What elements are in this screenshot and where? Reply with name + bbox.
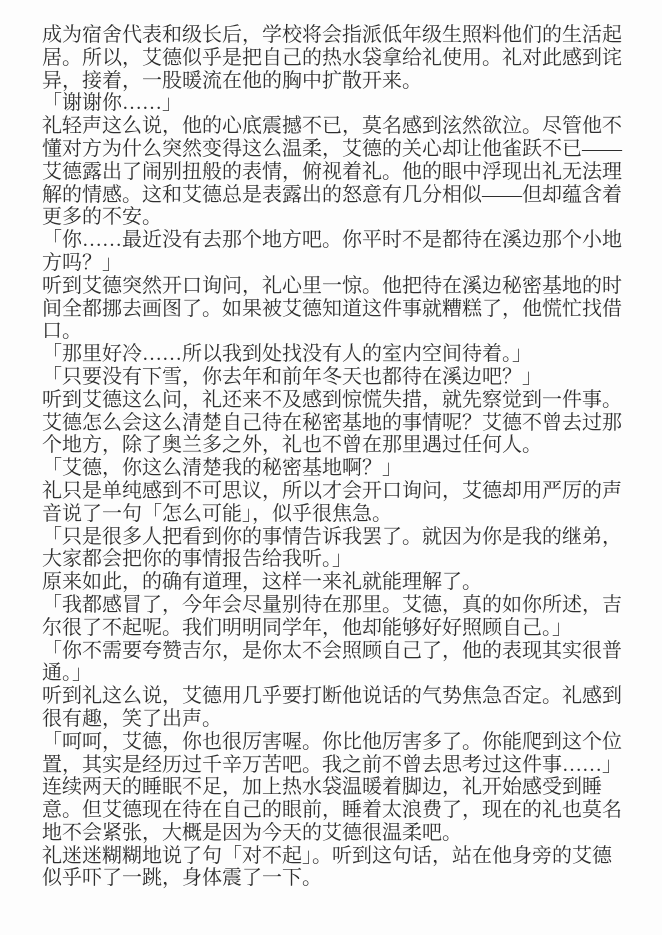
text-line: 连续两天的睡眠不足，加上热水袋温暖着脚边，礼开始感受到睡 <box>42 776 624 799</box>
text-line: 「我都感冒了，今年会尽量别待在那里。艾德，真的如你所述，吉 <box>42 594 624 617</box>
text-line: 很有趣，笑了出声。 <box>42 708 624 731</box>
text-line: 「只要没有下雪，你去年和前年冬天也都待在溪边吧？」 <box>42 366 624 389</box>
text-line: 「只是很多人把看到你的事情告诉我罢了。就因为你是我的继弟， <box>42 526 624 549</box>
text-line: 礼迷迷糊糊地说了句「对不起」。听到这句话，站在他身旁的艾德 <box>42 845 624 868</box>
text-line: 听到艾德这么问，礼还来不及感到惊慌失措，就先察觉到一件事。 <box>42 389 624 412</box>
text-line: 原来如此，的确有道理，这样一来礼就能理解了。 <box>42 571 624 594</box>
text-line: 听到艾德突然开口询问，礼心里一惊。他把待在溪边秘密基地的时 <box>42 275 624 298</box>
text-line: 似乎吓了一跳，身体震了一下。 <box>42 867 624 890</box>
text-line: 礼只是单纯感到不可思议，所以才会开口询问，艾德却用严厉的声 <box>42 480 624 503</box>
text-line: 居。所以，艾德似乎是把自己的热水袋拿给礼使用。礼对此感到诧 <box>42 47 624 70</box>
text-line: 艾德怎么会这么清楚自己待在秘密基地的事情呢？艾德不曾去过那 <box>42 412 624 435</box>
text-line: 「你不需要夸赞吉尔，是你太不会照顾自己了，他的表现其实很普 <box>42 640 624 663</box>
text-line: 「谢谢你……」 <box>42 92 624 115</box>
text-line: 更多的不安。 <box>42 206 624 229</box>
text-line: 音说了一句「怎么可能」，似乎很焦急。 <box>42 503 624 526</box>
text-line: 艾德露出了闹别扭般的表情，俯视着礼。他的眼中浮现出礼无法理 <box>42 161 624 184</box>
text-line: 方吗？」 <box>42 252 624 275</box>
text-line: 间全都挪去画图了。如果被艾德知道这件事就糟糕了，他慌忙找借 <box>42 298 624 321</box>
text-line: 礼轻声这么说，他的心底震撼不已，莫名感到泫然欲泣。尽管他不 <box>42 115 624 138</box>
book-page: 成为宿舍代表和级长后，学校将会指派低年级生照料他们的生活起 居。所以，艾德似乎是… <box>0 0 662 935</box>
text-line: 「那里好冷……所以我到处找没有人的室内空间待着。」 <box>42 343 624 366</box>
text-line: 地不会紧张，大概是因为今天的艾德很温柔吧。 <box>42 822 624 845</box>
text-line: 「呵呵，艾德，你也很厉害喔。你比他厉害多了。你能爬到这个位 <box>42 731 624 754</box>
text-line: 大家都会把你的事情报告给我听。」 <box>42 548 624 571</box>
text-line: 「艾德，你这么清楚我的秘密基地啊？」 <box>42 457 624 480</box>
text-line: 成为宿舍代表和级长后，学校将会指派低年级生照料他们的生活起 <box>42 24 624 47</box>
text-line: 口。 <box>42 320 624 343</box>
text-line: 异，接着，一股暖流在他的胸中扩散开来。 <box>42 70 624 93</box>
text-line: 意。但艾德现在待在自己的眼前，睡着太浪费了，现在的礼也莫名 <box>42 799 624 822</box>
text-line: 「你……最近没有去那个地方吧。你平时不是都待在溪边那个小地 <box>42 229 624 252</box>
text-line: 听到礼这么说，艾德用几乎要打断他说话的气势焦急否定。礼感到 <box>42 685 624 708</box>
text-line: 懂对方为什么突然变得这么温柔，艾德的关心却让他雀跃不已—— <box>42 138 624 161</box>
text-line: 尔很了不起呢。我们明明同学年，他却能够好好照顾自己。」 <box>42 617 624 640</box>
text-line: 个地方，除了奥兰多之外，礼也不曾在那里遇过任何人。 <box>42 434 624 457</box>
text-line: 解的情感。这和艾德总是表露出的怒意有几分相似——但却蕴含着 <box>42 184 624 207</box>
text-line: 置，其实是经历过千辛万苦吧。我之前不曾去思考过这件事……」 <box>42 754 624 777</box>
text-line: 通。」 <box>42 662 624 685</box>
